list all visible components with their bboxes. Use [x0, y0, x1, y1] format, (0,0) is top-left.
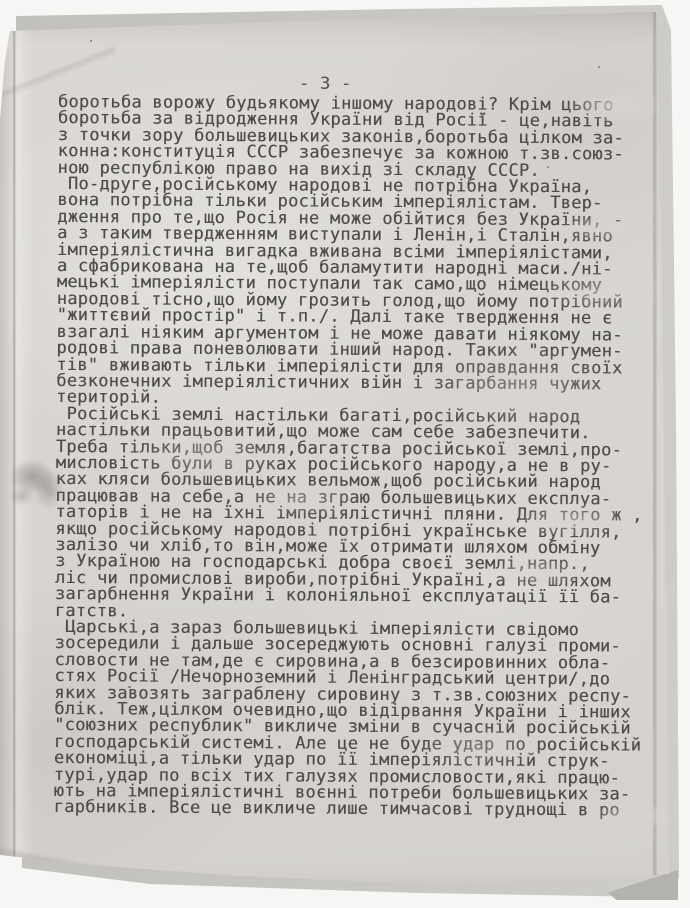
right-edge-shadow	[652, 8, 657, 890]
paper-speck	[90, 40, 92, 42]
page-number: - 3 -	[299, 74, 351, 94]
scanned-page-background: - 3 - боротьба ворожу будьякому іншому н…	[0, 0, 690, 908]
paper-crease-left	[12, 24, 16, 872]
document-text: боротьба ворожу будьякому іншому народов…	[54, 94, 646, 819]
document-page: - 3 - боротьба ворожу будьякому іншому н…	[0, 0, 690, 908]
paper-speck	[598, 66, 600, 68]
paper-crease-left-soft	[0, 24, 36, 872]
